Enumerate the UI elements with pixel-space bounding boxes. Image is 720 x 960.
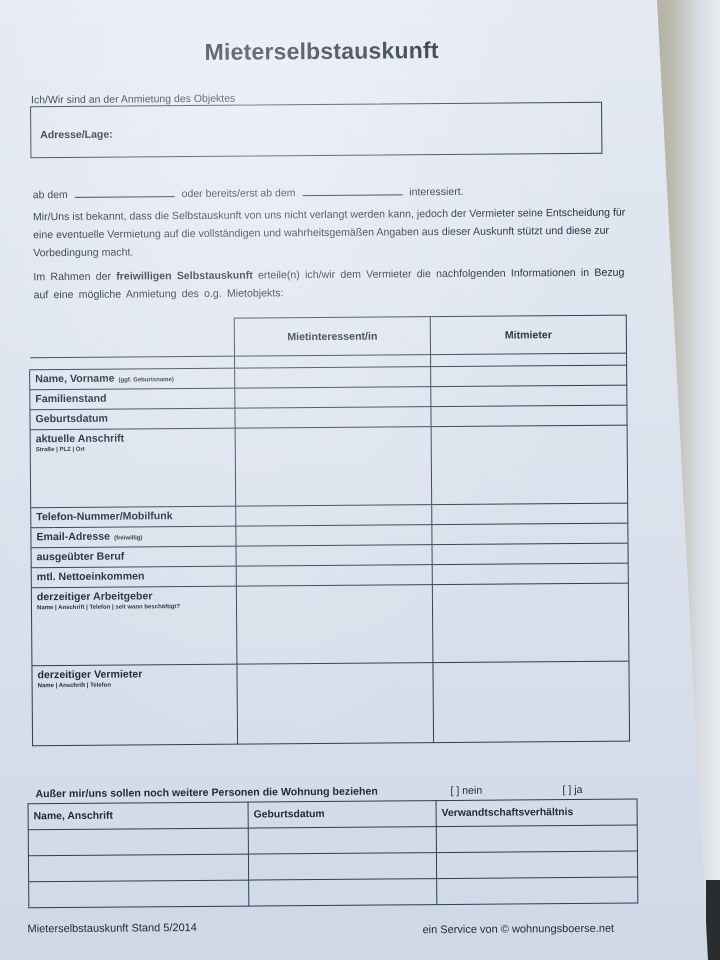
column-header-cotenant: Mitmieter	[430, 315, 626, 355]
cotenant-input-cell[interactable]	[432, 543, 628, 565]
occupant-name-cell[interactable]	[29, 880, 249, 908]
cotenant-input-cell[interactable]	[432, 583, 629, 663]
occupant-name-cell[interactable]	[28, 828, 248, 856]
row-label: Telefon-Nummer/Mobilfunk	[31, 506, 236, 528]
cotenant-input-cell[interactable]	[433, 661, 630, 743]
checkbox-yes[interactable]: [ ] ja	[562, 784, 582, 796]
other-occupants-question: Außer mir/uns sollen noch weitere Person…	[35, 784, 635, 801]
other-occupants-table: Name, Anschrift Geburtsdatum Verwandtsch…	[28, 799, 639, 909]
applicant-input-cell[interactable]	[236, 565, 432, 587]
row-label-text: ausgeübter Beruf	[37, 551, 125, 564]
form-content: Mieterselbstauskunft Ich/Wir sind an der…	[0, 0, 720, 960]
from-date-field[interactable]	[75, 186, 175, 198]
alt-date-field[interactable]	[302, 184, 402, 196]
occupant-relationship-cell[interactable]	[437, 877, 638, 905]
address-label: Adresse/Lage:	[40, 129, 112, 142]
cotenant-input-cell[interactable]	[432, 523, 628, 545]
paper-sheet: Mieterselbstauskunft Ich/Wir sind an der…	[0, 0, 720, 960]
tenant-info-table: Mietinteressent/in Mitmieter Name, Vorna…	[29, 315, 630, 747]
occupant-name-cell[interactable]	[28, 854, 248, 882]
footer-version: Mieterselbstauskunft Stand 5/2014	[27, 922, 196, 935]
column-header-applicant: Mietinteressent/in	[234, 317, 430, 357]
row-label-text: Geburtsdatum	[35, 413, 107, 426]
occupant-relationship-cell[interactable]	[436, 825, 637, 853]
footer-credit: ein Service von © wohnungsboerse.net	[422, 923, 614, 937]
paragraph-text: Im Rahmen der	[33, 271, 116, 284]
row-label-text: mtl. Nettoeinkommen	[37, 570, 145, 583]
table-row	[29, 877, 638, 908]
other-occupants-label: Außer mir/uns sollen noch weitere Person…	[35, 786, 377, 801]
column-header-relationship: Verwandtschaftsverhältnis	[436, 799, 637, 827]
dates-line: ab dem oder bereits/erst ab dem interess…	[33, 184, 464, 201]
row-label: Familienstand	[30, 388, 235, 410]
cotenant-input-cell[interactable]	[431, 365, 627, 387]
row-label: derzeitiger VermieterName | Anschrift | …	[32, 664, 238, 746]
interest-suffix: interessiert.	[409, 186, 463, 198]
checkbox-no[interactable]: [ ] nein	[450, 785, 482, 797]
paragraph-bold-text: freiwilligen Selbstauskunft	[116, 270, 253, 283]
applicant-input-cell[interactable]	[236, 585, 433, 665]
applicant-input-cell[interactable]	[235, 427, 432, 507]
row-label-text: Name, Vorname	[35, 373, 114, 386]
row-label-text: derzeitiger Arbeitgeber	[37, 590, 153, 603]
row-label: ausgeübter Beruf	[31, 546, 236, 568]
row-label: Name, Vorname(ggf. Geburtsname)	[30, 368, 235, 390]
column-header-birthdate: Geburtsdatum	[248, 801, 436, 828]
table-corner	[29, 318, 234, 358]
cotenant-input-cell[interactable]	[431, 425, 628, 505]
applicant-input-cell[interactable]	[235, 367, 431, 389]
row-label-text: Telefon-Nummer/Mobilfunk	[36, 510, 172, 523]
table-row: aktuelle AnschriftStraße | PLZ | Ort	[30, 425, 628, 508]
row-subtext: Name | Anschrift | Telefon	[38, 682, 232, 690]
cotenant-input-cell[interactable]	[431, 385, 627, 407]
cotenant-input-cell[interactable]	[431, 405, 627, 427]
applicant-input-cell[interactable]	[236, 505, 432, 527]
row-label: derzeitiger ArbeitgeberName | Anschrift …	[31, 586, 237, 666]
disclaimer-paragraph: Mir/Uns ist bekannt, dass die Selbstausk…	[33, 204, 633, 263]
page-title: Mieterselbstauskunft	[0, 35, 647, 67]
row-hint: (ggf. Geburtsname)	[118, 377, 173, 383]
occupant-birthdate-cell[interactable]	[248, 827, 436, 854]
cotenant-input-cell[interactable]	[432, 563, 628, 585]
row-label: aktuelle AnschriftStraße | PLZ | Ort	[30, 428, 236, 508]
address-field[interactable]: Adresse/Lage:	[30, 102, 602, 158]
row-label-text: derzeitiger Vermieter	[37, 668, 142, 681]
applicant-input-cell[interactable]	[236, 525, 432, 547]
applicant-input-cell[interactable]	[235, 387, 431, 409]
cotenant-input-cell[interactable]	[432, 503, 628, 525]
table-row: derzeitiger VermieterName | Anschrift | …	[32, 661, 630, 746]
occupant-birthdate-cell[interactable]	[248, 853, 436, 880]
applicant-input-cell[interactable]	[237, 663, 434, 745]
occupant-relationship-cell[interactable]	[436, 851, 637, 879]
applicant-input-cell[interactable]	[236, 545, 432, 567]
row-label: mtl. Nettoeinkommen	[31, 566, 236, 588]
alt-date-label: oder bereits/erst ab dem	[182, 187, 296, 200]
row-hint: (freiwillig)	[114, 535, 142, 541]
column-header-name-address: Name, Anschrift	[28, 802, 248, 830]
row-label-text: aktuelle Anschrift	[36, 433, 125, 446]
row-subtext: Name | Anschrift | Telefon | seit wann b…	[37, 604, 231, 612]
row-label: Geburtsdatum	[30, 408, 235, 430]
occupant-birthdate-cell[interactable]	[249, 879, 437, 906]
row-subtext: Straße | PLZ | Ort	[36, 446, 230, 454]
table-row: derzeitiger ArbeitgeberName | Anschrift …	[31, 583, 629, 666]
row-label-text: Email-Adresse	[36, 531, 110, 544]
dark-object-corner	[706, 880, 720, 960]
voluntary-info-paragraph: Im Rahmen der freiwilligen Selbstauskunf…	[33, 264, 633, 305]
row-label-text: Familienstand	[35, 393, 106, 406]
applicant-input-cell[interactable]	[235, 407, 431, 429]
row-label: Email-Adresse(freiwillig)	[31, 526, 236, 548]
from-date-label: ab dem	[33, 189, 68, 201]
